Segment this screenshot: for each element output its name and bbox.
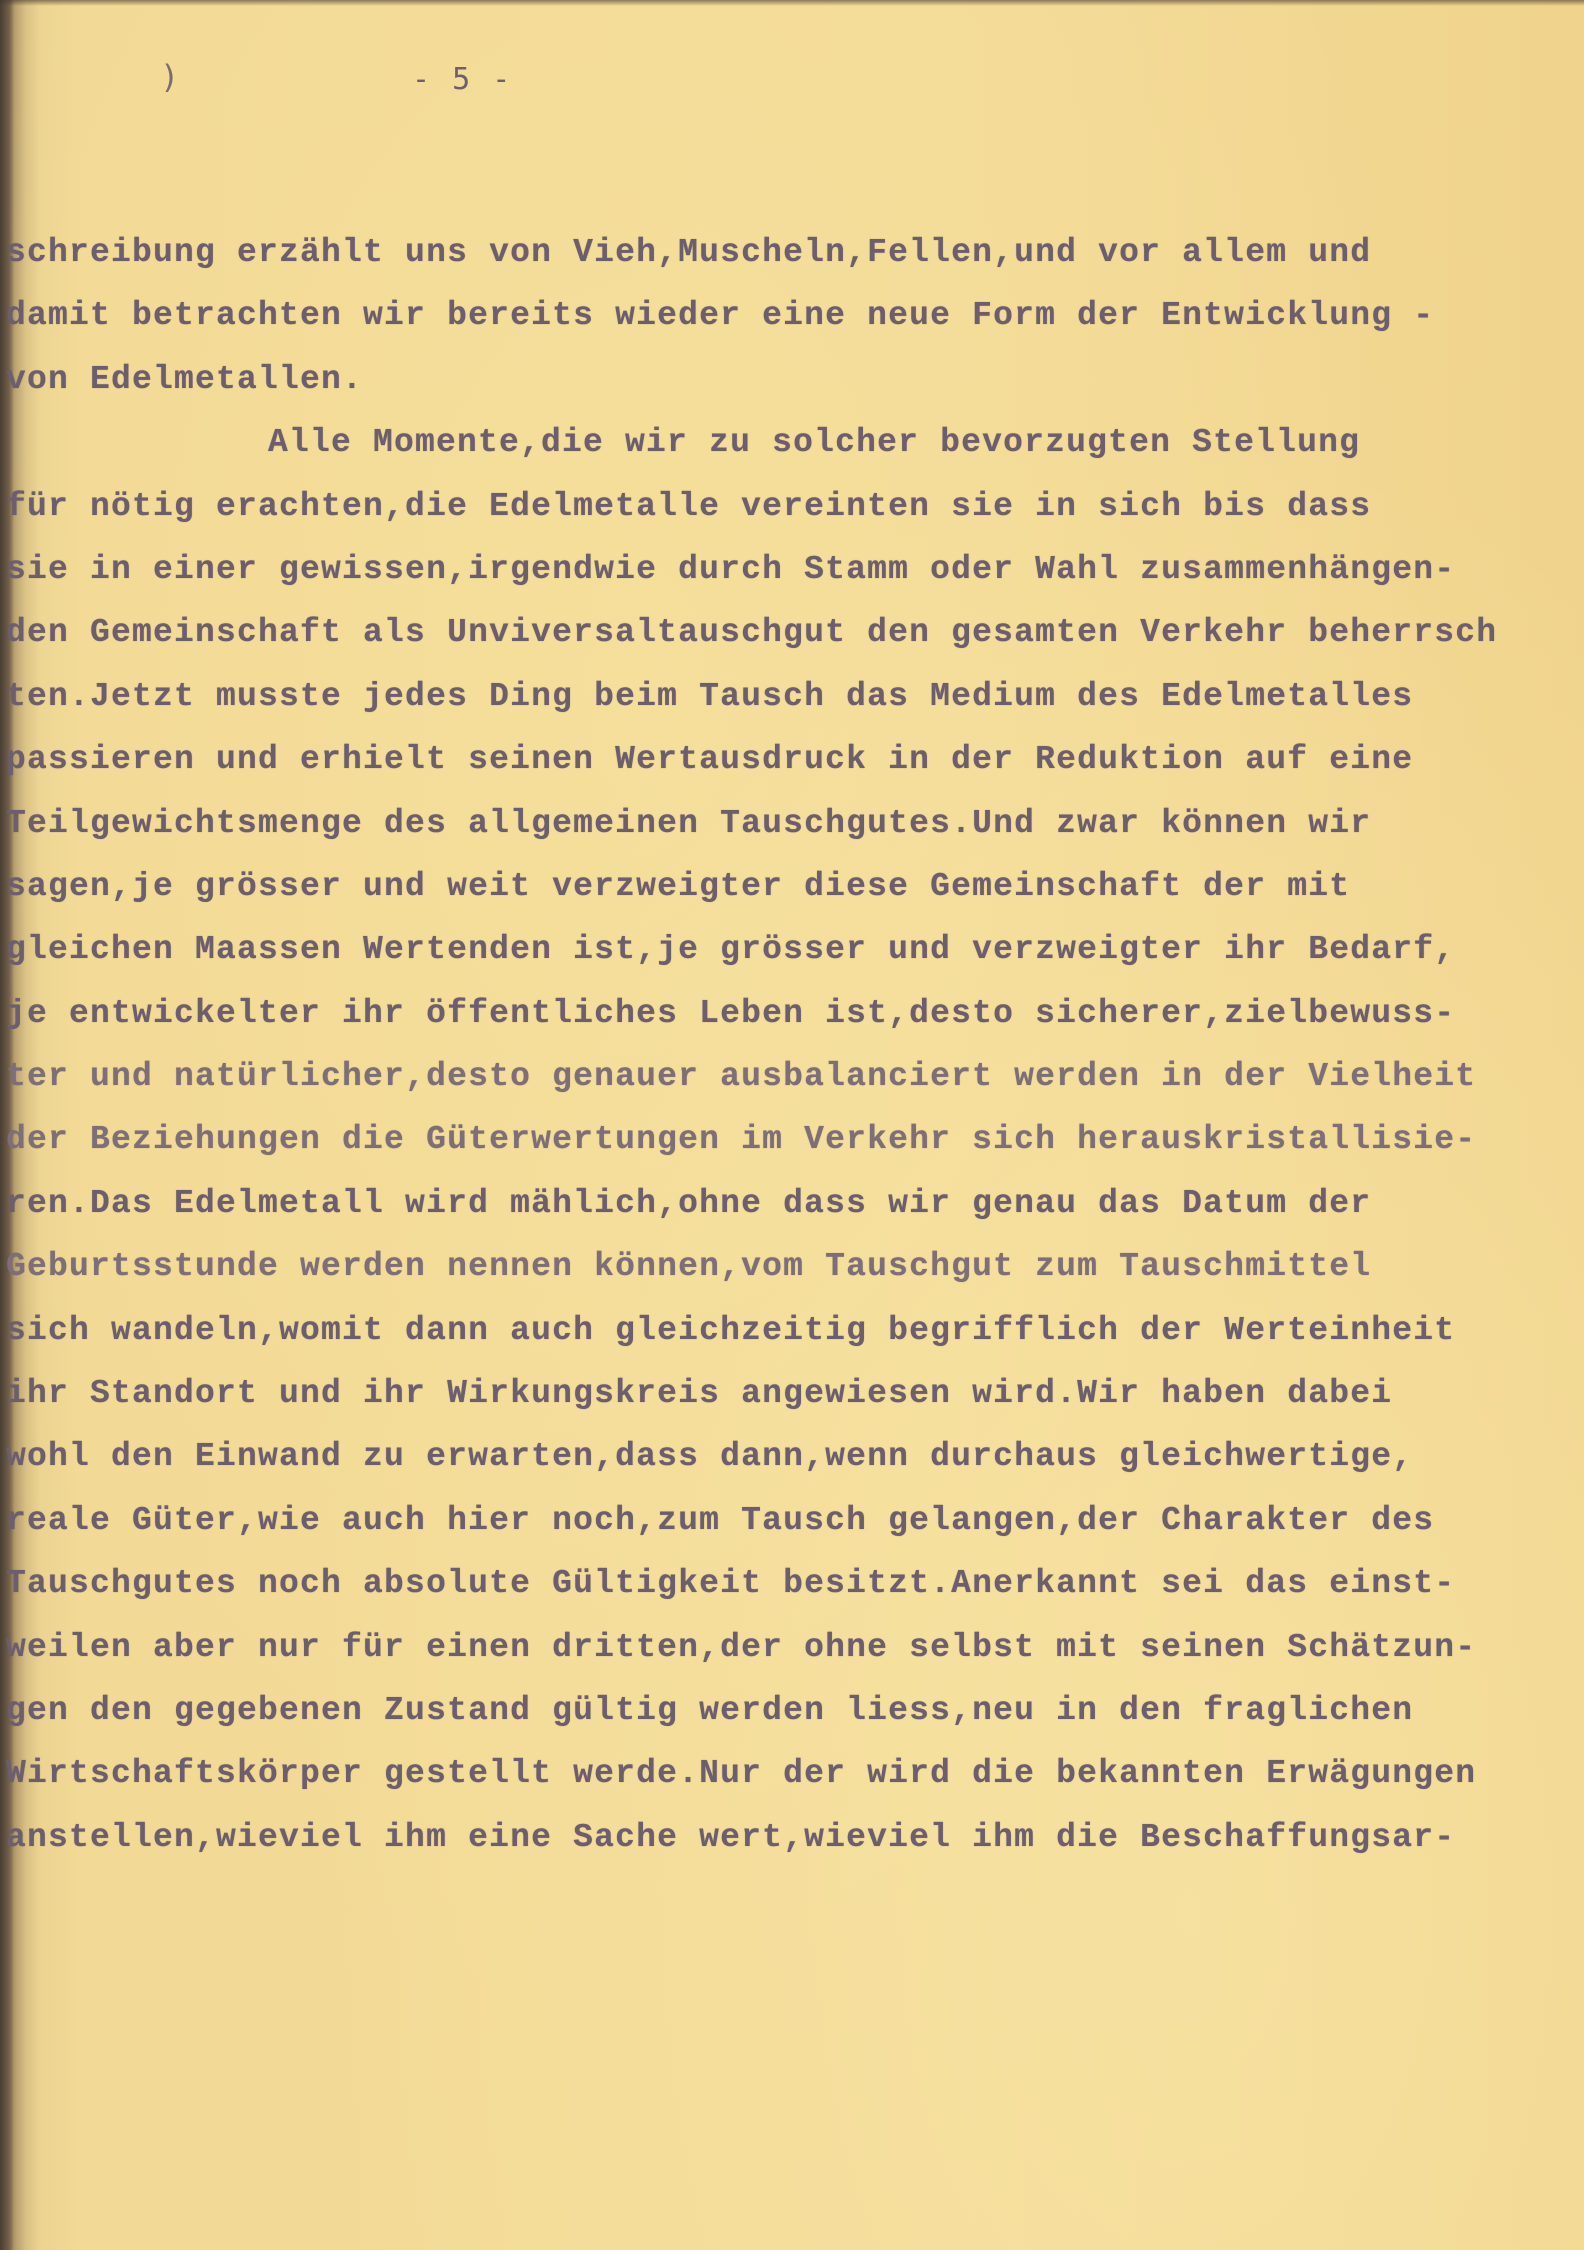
text-line: gleichen Maassen Wertenden ist,je grösse… — [6, 930, 1566, 993]
page-number: - 5 - — [412, 62, 512, 97]
text-line: wohl den Einwand zu erwarten,dass dann,w… — [6, 1437, 1566, 1500]
top-edge-shadow — [0, 0, 1584, 6]
text-line: sich wandeln,womit dann auch gleichzeiti… — [6, 1311, 1566, 1374]
text-line: von Edelmetallen. — [6, 360, 1566, 423]
text-line: Geburtsstunde werden nennen können,vom T… — [6, 1247, 1566, 1310]
body-text: schreibung erzählt uns von Vieh,Muscheln… — [6, 233, 1566, 1881]
text-line: sagen,je grösser und weit verzweigter di… — [6, 867, 1566, 930]
text-line: passieren und erhielt seinen Wertausdruc… — [6, 740, 1566, 803]
text-line: gen den gegebenen Zustand gültig werden … — [6, 1691, 1566, 1754]
text-line: ten.Jetzt musste jedes Ding beim Tausch … — [6, 677, 1566, 740]
typewritten-page: ) - 5 - schreibung erzählt uns von Vieh,… — [0, 0, 1584, 2250]
text-line: sie in einer gewissen,irgendwie durch St… — [6, 550, 1566, 613]
text-line: Teilgewichtsmenge des allgemeinen Tausch… — [6, 804, 1566, 867]
text-line: Tauschgutes noch absolute Gültigkeit bes… — [6, 1564, 1566, 1627]
text-line: Wirtschaftskörper gestellt werde.Nur der… — [6, 1754, 1566, 1817]
text-line: damit betrachten wir bereits wieder eine… — [6, 296, 1566, 359]
text-line: der Beziehungen die Güterwertungen im Ve… — [6, 1120, 1566, 1183]
text-line: ter und natürlicher,desto genauer ausbal… — [6, 1057, 1566, 1120]
text-line: weilen aber nur für einen dritten,der oh… — [6, 1628, 1566, 1691]
paragraph-start-line: Alle Momente,die wir zu solcher bevorzug… — [6, 423, 1566, 486]
text-line: je entwickelter ihr öffentliches Leben i… — [6, 994, 1566, 1057]
text-line: den Gemeinschaft als Unviversaltauschgut… — [6, 613, 1566, 676]
text-line: reale Güter,wie auch hier noch,zum Tausc… — [6, 1501, 1566, 1564]
text-line: schreibung erzählt uns von Vieh,Muscheln… — [6, 233, 1566, 296]
text-line: anstellen,wieviel ihm eine Sache wert,wi… — [6, 1818, 1566, 1881]
text-line: ihr Standort und ihr Wirkungskreis angew… — [6, 1374, 1566, 1437]
margin-mark: ) — [160, 58, 181, 96]
text-line: für nötig erachten,die Edelmetalle verei… — [6, 487, 1566, 550]
text-line: ren.Das Edelmetall wird mählich,ohne das… — [6, 1184, 1566, 1247]
